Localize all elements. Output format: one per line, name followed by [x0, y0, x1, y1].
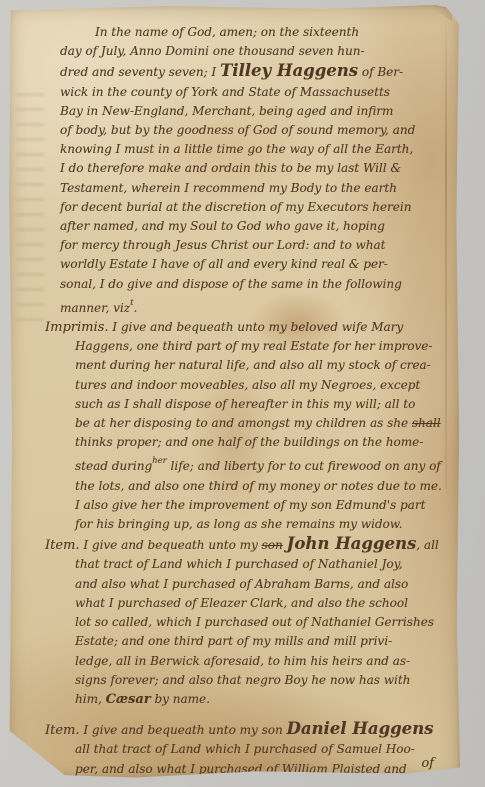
manuscript-line: Haggens, one third part of my real Estat…	[75, 337, 456, 356]
manuscript-line: the lots, and also one third of my money…	[75, 477, 456, 496]
manuscript-line: for his bringing up, as long as she rema…	[75, 515, 456, 534]
manuscript-line: Bay in New-England, Merchant, being aged…	[60, 102, 456, 121]
text-segment: I give and bequeath unto my	[80, 538, 262, 552]
inserted-word-her: her	[152, 456, 167, 466]
manuscript-line: sonal, I do give and dispose of the same…	[60, 275, 456, 294]
manuscript-line: for mercy through Jesus Christ our Lord:…	[60, 236, 456, 255]
text-segment: by name.	[151, 692, 210, 706]
manuscript-line: all that tract of Land which I purchased…	[75, 740, 456, 759]
text-segment: life; and liberty for to cut firewood on…	[167, 459, 441, 473]
manuscript-line: knowing I must in a little time go the w…	[60, 140, 456, 159]
manuscript-line: be at her disposing to and amongst my ch…	[75, 414, 456, 433]
name-john-haggens: John Haggens	[287, 534, 417, 553]
manuscript-line: Estate; and one third part of my mills a…	[75, 632, 456, 651]
manuscript-line: ledge, all in Berwick aforesaid, to him …	[75, 652, 456, 671]
manuscript-line: ment during her natural life, and also a…	[75, 356, 456, 375]
paragraph-lead-item: Item.	[45, 723, 80, 738]
manuscript-page: In the name of God, amen; on the sixteen…	[8, 5, 460, 779]
catchword: of	[421, 756, 434, 771]
struck-word-shall: shall	[412, 416, 441, 430]
text-segment: be at her disposing to and amongst my ch…	[75, 416, 412, 430]
text-segment: him,	[75, 692, 106, 706]
name-daniel-haggens: Daniel Haggens	[287, 719, 434, 738]
manuscript-line: such as I shall dispose of hereafter in …	[75, 395, 456, 414]
manuscript-line-item-daniel: Item. I give and bequeath unto my son Da…	[45, 719, 456, 740]
text-segment: I give and bequeath unto my beloved wife…	[108, 320, 403, 334]
manuscript-line: wick in the county of York and State of …	[60, 83, 456, 102]
dog-ear-fold	[426, 5, 452, 21]
manuscript-line: I do therefore make and ordain this to b…	[60, 159, 456, 178]
manuscript-line: lot so called, which I purchased out of …	[75, 613, 456, 632]
manuscript-line: stead duringher life; and liberty for to…	[75, 452, 456, 476]
manuscript-line: per, and also what I purchased of Willia…	[75, 760, 456, 779]
manuscript-line-imprimis: Imprimis. I give and bequeath unto my be…	[45, 318, 456, 337]
name-caesar: Cæsar	[106, 692, 151, 707]
manuscript-line: for decent burial at the discretion of m…	[60, 198, 456, 217]
bleed-through-ghost-text	[16, 93, 44, 323]
manuscript-text: In the name of God, amen; on the sixteen…	[60, 23, 456, 779]
text-segment: dred and seventy seven; I	[60, 65, 220, 79]
manuscript-line: day of July, Anno Domini one thousand se…	[60, 42, 456, 61]
manuscript-line: worldly Estate I have of all and every k…	[60, 255, 456, 274]
name-tilley-haggens: Tilley Haggens	[220, 61, 358, 80]
manuscript-line: signs forever; and also that negro Boy h…	[75, 671, 456, 690]
manuscript-line: tures and indoor moveables, also all my …	[75, 376, 456, 395]
text-segment: , all	[416, 538, 438, 552]
manuscript-line: manner, vizt.	[60, 294, 456, 318]
manuscript-line: what I purchased of Eleazer Clark, and a…	[75, 594, 456, 613]
manuscript-line: after named, and my Soul to God who gave…	[60, 217, 456, 236]
text-segment: of Ber-	[358, 65, 403, 79]
manuscript-line: In the name of God, amen; on the sixteen…	[60, 23, 456, 42]
manuscript-line-item-john: Item. I give and bequeath unto my son Jo…	[45, 534, 456, 555]
struck-word-son: son	[262, 538, 283, 552]
manuscript-line: of body, but by the goodness of God of s…	[60, 121, 456, 140]
text-segment: stead during	[75, 459, 152, 473]
manuscript-line: and also what I purchased of Abraham Bar…	[75, 575, 456, 594]
manuscript-line: dred and seventy seven; I Tilley Haggens…	[60, 61, 456, 82]
paragraph-lead-item: Item.	[45, 538, 80, 553]
text-segment: I give and bequeath unto my son	[80, 723, 287, 737]
manuscript-line: I also give her the improvement of my so…	[75, 496, 456, 515]
text-segment: .	[134, 301, 138, 315]
paragraph-lead-imprimis: Imprimis.	[45, 320, 108, 335]
text-segment: manner, viz	[60, 301, 130, 315]
manuscript-line: thinks proper; and one half of the build…	[75, 433, 456, 452]
manuscript-line: that tract of Land which I purchased of …	[75, 555, 456, 574]
manuscript-line: Testament, wherein I recommend my Body t…	[60, 179, 456, 198]
manuscript-line: him, Cæsar by name.	[75, 690, 456, 709]
